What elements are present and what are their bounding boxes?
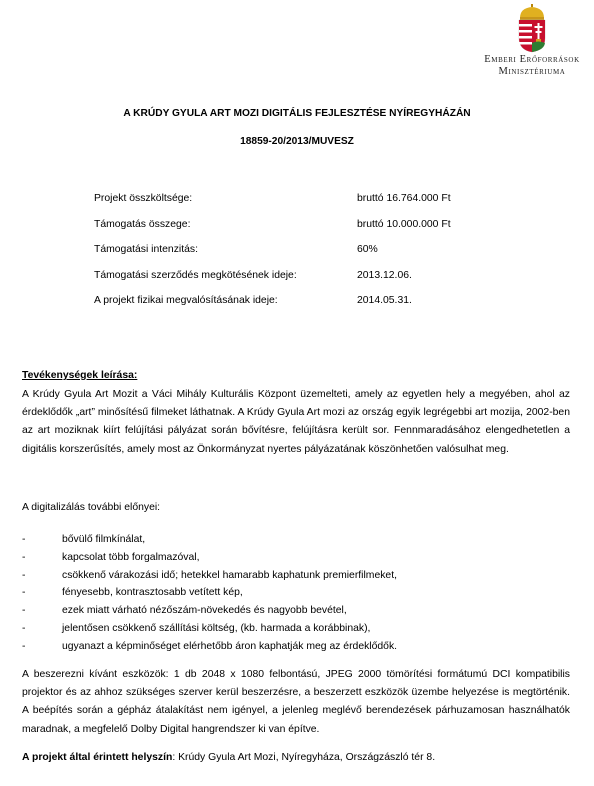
bullet-dash: - bbox=[22, 602, 25, 620]
fact-label: Támogatási intenzitás: bbox=[94, 244, 198, 255]
advantages-intro: A digitalizálás további előnyei: bbox=[22, 499, 570, 517]
coat-of-arms-icon bbox=[512, 2, 552, 54]
fact-value: 2013.12.06. bbox=[357, 270, 412, 281]
document-reference: 18859-20/2013/MUVESZ bbox=[0, 136, 594, 147]
fact-label: Támogatás összege: bbox=[94, 219, 190, 230]
description-paragraph: A Krúdy Gyula Art Mozit a Váci Mihály Ku… bbox=[22, 386, 570, 459]
bullet-dash: - bbox=[22, 584, 25, 602]
ministry-logo: Emberi Erőforrások Minisztériuma bbox=[471, 2, 593, 90]
location-label: A projekt által érintett helyszín bbox=[22, 752, 172, 763]
list-item-text: ugyanazt a képminőséget elérhetőbb áron … bbox=[62, 638, 397, 656]
list-item-text: ezek miatt várható nézőszám-növekedés és… bbox=[62, 602, 347, 620]
fact-label: Támogatási szerződés megkötésének ideje: bbox=[94, 270, 297, 281]
fact-value: bruttó 16.764.000 Ft bbox=[357, 193, 451, 204]
bullet-dash: - bbox=[22, 620, 25, 638]
bullet-dash: - bbox=[22, 531, 25, 549]
ministry-name-line1: Emberi Erőforrások bbox=[471, 54, 593, 66]
section-heading: Tevékenységek leírása: bbox=[22, 370, 137, 381]
list-item-text: kapcsolat több forgalmazóval, bbox=[62, 549, 199, 567]
list-item-text: jelentősen csökkenő szállítási költség, … bbox=[62, 620, 370, 638]
bullet-dash: - bbox=[22, 638, 25, 656]
document-title: A KRÚDY GYULA ART MOZI DIGITÁLIS FEJLESZ… bbox=[0, 108, 594, 119]
list-item-text: bővülő filmkínálat, bbox=[62, 531, 145, 549]
fact-value: 2014.05.31. bbox=[357, 295, 412, 306]
bullet-dash: - bbox=[22, 549, 25, 567]
fact-label: Projekt összköltsége: bbox=[94, 193, 192, 204]
ministry-name-line2: Minisztériuma bbox=[471, 66, 593, 78]
fact-label: A projekt fizikai megvalósításának ideje… bbox=[94, 295, 278, 306]
location-value: : Krúdy Gyula Art Mozi, Nyíregyháza, Ors… bbox=[172, 752, 435, 763]
equipment-paragraph: A beszerezni kívánt eszközök: 1 db 2048 … bbox=[22, 666, 570, 739]
fact-value: bruttó 10.000.000 Ft bbox=[357, 219, 451, 230]
list-item-text: csökkenő várakozási idő; hetekkel hamara… bbox=[62, 567, 397, 585]
bullet-dash: - bbox=[22, 567, 25, 585]
list-item-text: fényesebb, kontrasztosabb vetített kép, bbox=[62, 584, 243, 602]
fact-value: 60% bbox=[357, 244, 378, 255]
project-location: A projekt által érintett helyszín: Krúdy… bbox=[22, 752, 435, 763]
